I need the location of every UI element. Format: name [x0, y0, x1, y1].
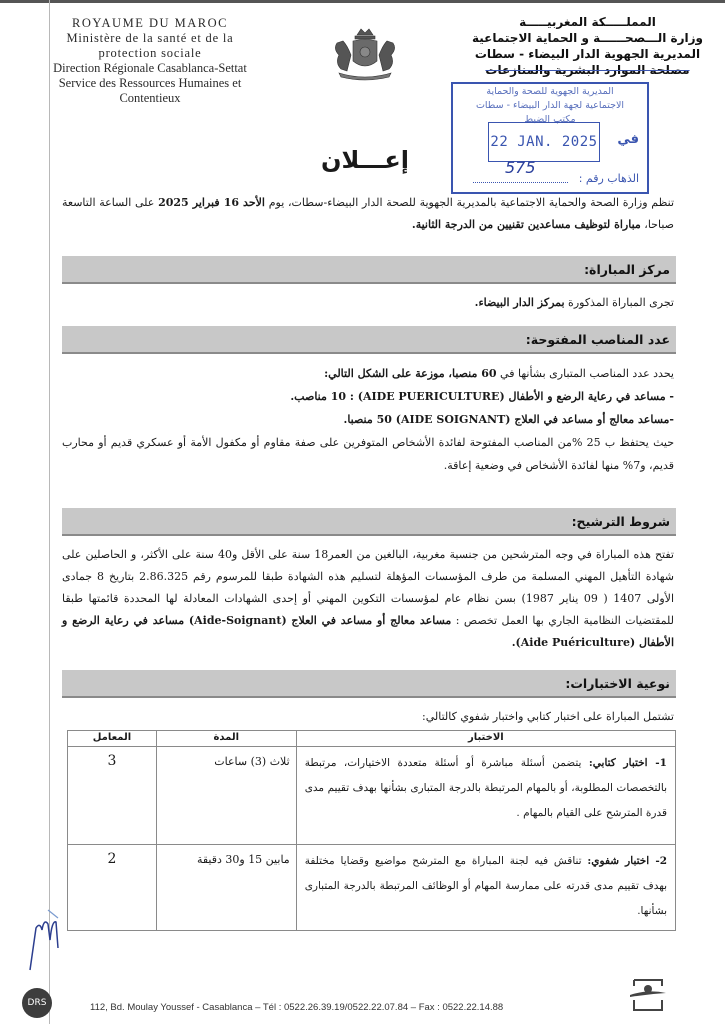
header-arabic: المملـــــكة المغربيـــــة وزارة الـــصح…: [470, 14, 705, 78]
margin-line: [49, 0, 50, 1024]
service-ar: مصلحة الموارد البشرية والمنازعات: [470, 62, 705, 78]
table-row: 2- اختبار شفوي: تناقش فيه لجنة المباراة …: [68, 845, 676, 931]
intro-text-1: تنظم وزارة الصحة والحماية الاجتماعية بال…: [265, 196, 674, 209]
positions-intro: يحدد عدد المناصب المتبارى بشأنها في 60 م…: [62, 362, 674, 385]
cell-coefficient: 2: [68, 845, 157, 931]
intro-subject: مباراة لتوظيف مساعدين تقنيين من الدرجة ا…: [412, 218, 641, 231]
drs-logo: DRS: [22, 988, 52, 1018]
conditions-paragraph: تفتح هذه المباراة في وجه المترشحين من جن…: [62, 544, 674, 654]
test-label: 2- اختبار شفوي:: [587, 855, 667, 867]
cell-duration: ثلاث (3) ساعات: [156, 747, 296, 845]
header-french: ROYAUME DU MAROC Ministère de la santé e…: [30, 16, 270, 106]
stamp-org-1: المديرية الجهوية للصحة والحماية: [453, 86, 647, 98]
page-title: إعـــلان: [310, 146, 420, 174]
exams-intro: تشتمل المباراة على اختبار كتابي واختبار …: [62, 706, 674, 728]
table-header-row: الاختبار المدة المعامل: [68, 731, 676, 747]
coat-of-arms-icon: [325, 25, 405, 85]
reception-stamp: المديرية الجهوية للصحة والحماية الاجتماع…: [451, 82, 649, 194]
table-row: 1- اختبار كتابي: يتضمن أسئلة مباشرة أو أ…: [68, 747, 676, 845]
kingdom-ar: المملـــــكة المغربيـــــة: [470, 14, 705, 30]
center-text: تجرى المباراة المذكورة: [565, 296, 674, 309]
section-heading-positions: عدد المناصب المفتوحة:: [62, 326, 676, 354]
positions-item-1: - مساعد في رعاية الرضع و الأطفال (AIDE P…: [62, 385, 674, 408]
section-heading-center: مركز المباراة:: [62, 256, 676, 284]
center-paragraph: تجرى المباراة المذكورة بمركز الدار البيض…: [62, 292, 674, 314]
ministry-fr-2: protection sociale: [30, 46, 270, 61]
cell-test: 1- اختبار كتابي: يتضمن أسئلة مباشرة أو أ…: [296, 747, 675, 845]
service-fr-2: Contentieux: [30, 91, 270, 106]
stamp-number: 575: [505, 158, 536, 177]
direction-fr: Direction Régionale Casablanca-Settat: [30, 61, 270, 76]
ministry-fr-1: Ministère de la santé et de la: [30, 31, 270, 46]
service-fr-1: Service des Ressources Humaines et: [30, 76, 270, 91]
positions-intro-text: يحدد عدد المناصب المتبارى بشأنها في: [497, 367, 674, 380]
intro-date: الأحد 16 فبراير 2025: [158, 196, 265, 209]
positions-item-2: -مساعد معالج أو مساعد في العلاج (AIDE SO…: [62, 408, 674, 431]
kingdom-fr: ROYAUME DU MAROC: [30, 16, 270, 31]
stamp-date: 22 JAN. 2025: [488, 122, 600, 162]
header-coefficient: المعامل: [68, 731, 157, 747]
header-duration: المدة: [156, 731, 296, 747]
positions-intro-bold: 60 منصبا، موزعة على الشكل التالي:: [324, 367, 496, 380]
direction-ar: المديرية الجهوية الدار البيضاء - سطات: [470, 46, 705, 62]
header-test: الاختبار: [296, 731, 675, 747]
stamp-number-label: الذهاب رقم :: [579, 172, 639, 185]
test-label: 1- اختبار كتابي:: [589, 757, 667, 769]
cell-coefficient: 3: [68, 747, 157, 845]
intro-paragraph: تنظم وزارة الصحة والحماية الاجتماعية بال…: [62, 192, 674, 236]
handwritten-signature-icon: [22, 900, 67, 975]
stamp-org-2: الاجتماعية لجهة الدار البيضاء - سطات: [453, 100, 647, 112]
section-heading-exams: نوعية الاختبارات:: [62, 670, 676, 698]
positions-block: يحدد عدد المناصب المتبارى بشأنها في 60 م…: [62, 362, 674, 477]
center-bold: بمركز الدار البيضاء.: [475, 296, 565, 309]
page-top-edge: [0, 0, 725, 3]
cell-duration: مابين 15 و30 دقيقة: [156, 845, 296, 931]
exams-table: الاختبار المدة المعامل 1- اختبار كتابي: …: [67, 730, 676, 931]
stamp-number-dots: [473, 182, 568, 183]
cell-test: 2- اختبار شفوي: تناقش فيه لجنة المباراة …: [296, 845, 675, 931]
ministry-ar: وزارة الـــصحــــــة و الحماية الاجتماعي…: [470, 30, 705, 46]
ministry-logo-icon: [628, 976, 668, 1014]
section-heading-conditions: شروط الترشيح:: [62, 508, 676, 536]
positions-quota: حيث يحتفظ ب 25 %من المناصب المفتوحة لفائ…: [62, 431, 674, 477]
stamp-date-label: في: [617, 132, 639, 147]
footer-address: 112, Bd. Moulay Youssef - Casablanca – T…: [90, 1002, 503, 1013]
